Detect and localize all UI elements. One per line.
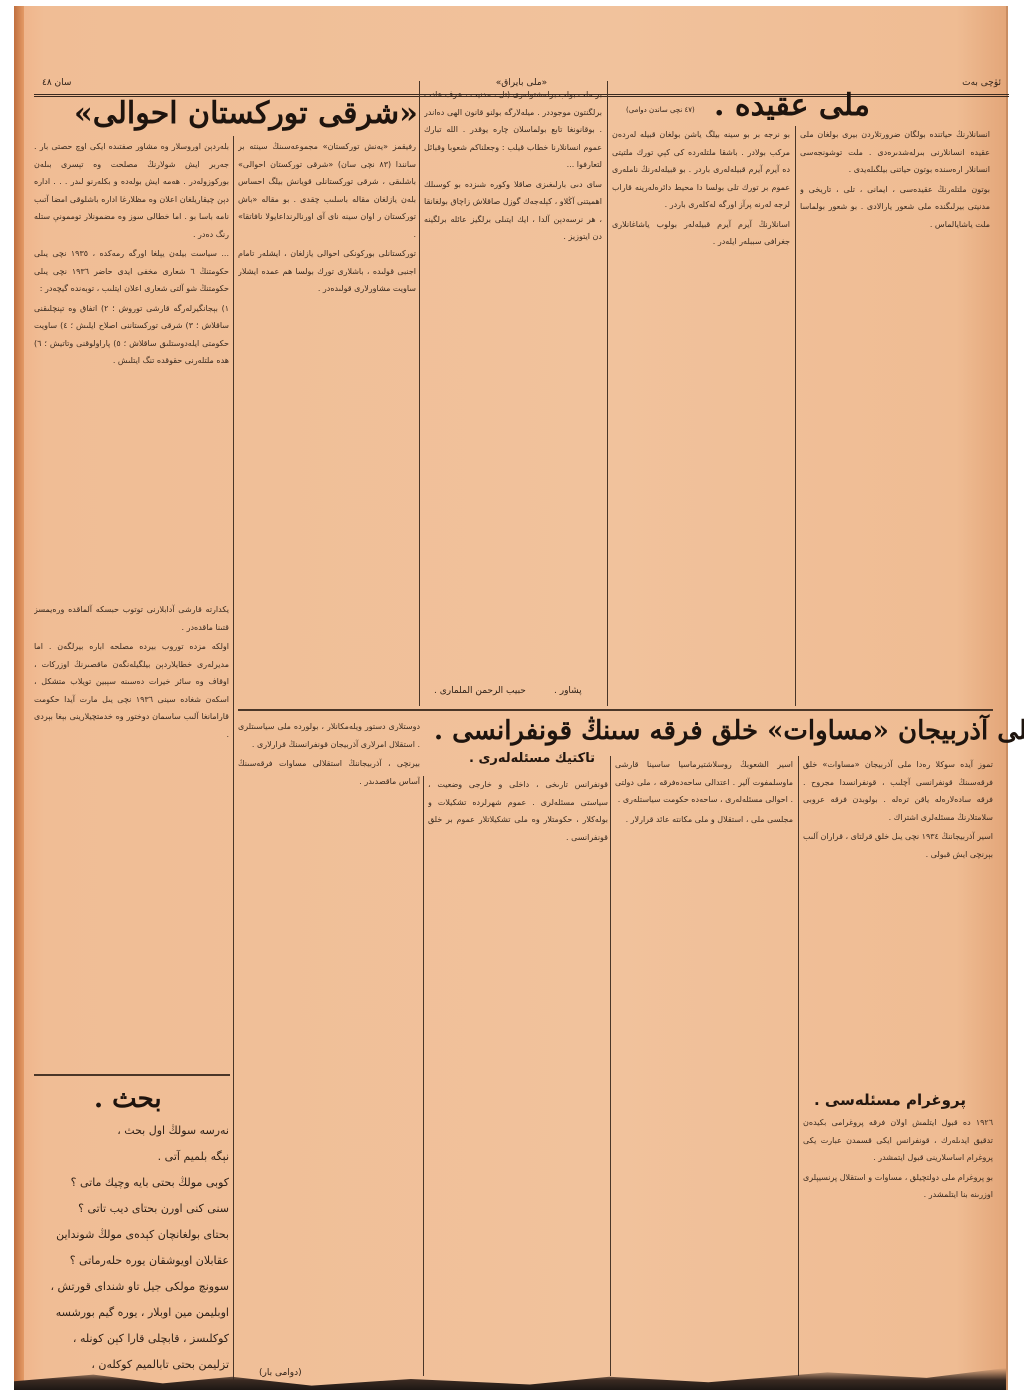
azerbaijan-col-c: قونفرانس تارىخى ، داخلى و خارجى وضعيت ، … [428, 776, 608, 1376]
poem-line: نېگە بلميم آتى . [39, 1144, 229, 1170]
paragraph: ساى دىى بارلىغىزى صاقلا وكوره شىزده بو ك… [424, 176, 602, 246]
paragraph: تموز آيدە سوكلا رەدا ملى آذربيجان «مساوا… [803, 756, 993, 826]
national-creed-col-c: بر ملت بولب برلەشتولەرى (تل ، مدنيت ، عر… [424, 86, 602, 616]
column-divider [233, 136, 234, 1386]
poem-line: كوكلىسز ، قابچلى قارا كېن كونلە ، [39, 1326, 229, 1352]
section-divider [238, 709, 993, 711]
azerbaijan-col-d: دوستلارى دستور ويلەمكانلار ، بولوردە ملى… [238, 718, 420, 1358]
east-turkestan-col-a-lower: يكدارتە قارشى آدابلارنى توتوب حبسكە آلما… [34, 601, 229, 1051]
paragraph: ... سياست بيلەن يېلغا اورگە رمەكدە ، ١٩٣… [34, 245, 229, 298]
paragraph: رفيقمز «يەنش توركستان» مجموعەسىنڭ سينتە … [238, 138, 416, 243]
poem-line: عقابلان اويوشقان يورە حلەرماتى ؟ [39, 1248, 229, 1274]
paragraph: بيرنچى ، آذربيجاننڭ استقلالى مساوات فرقە… [238, 755, 420, 790]
headline-poem: بحث . [94, 1084, 162, 1114]
poem-body: نەرسە سولڭ اول بحث ، نېگە بلميم آتى . كو… [39, 1118, 229, 1378]
paragraph: ١) بېجانگيرلەرگە قارشى توروش ؛ ٢) اتفاق … [34, 300, 229, 370]
headline-east-turkestan: «شرقی توركستان احوالی» [74, 96, 418, 131]
paragraph: ١٩٢٦ دە قبول ايتلمش اولان فرقه پروغرامى … [803, 1114, 993, 1167]
paragraph: توركستانلى بوركونكى احوالى يازلغان ، ايش… [238, 245, 416, 298]
to-be-continued: (دوامى بار) [259, 1368, 302, 1378]
byline: (٤٧ نچى ساندن دوامى) [626, 106, 695, 114]
binding-spine [14, 6, 24, 1390]
page-label: ئۈچى بەت [962, 78, 1001, 88]
east-turkestan-col-a: بلەردېن اوروسلار وە مشاور صفتىدە ايكى او… [34, 138, 229, 593]
signature-name: حبيب الرحمن الملمارى . [434, 686, 526, 696]
poem-line: تزليمن بحتى تابالميم كوكلەن ، [39, 1352, 229, 1378]
poem-divider [34, 1074, 230, 1076]
paragraph: بلەردېن اوروسلار وە مشاور صفتىدە ايكى او… [34, 138, 229, 243]
paragraph: اسير الشعوبڭ روسلاشتيرماسيا ساسينا قارشى… [615, 756, 793, 809]
paragraph: يكدارتە قارشى آدابلارنى توتوب حبسكە آلما… [34, 601, 229, 636]
paragraph: قونفرانس تارىخى ، داخلى و خارجى وضعيت ، … [428, 776, 608, 846]
paragraph: بوتون ملتلەرنڭ عقيدەسى ، ايمانى ، تلى ، … [800, 181, 990, 234]
paragraph: انسانلارنڭ حياتندە بولگان ضرورتلاردن بير… [800, 126, 990, 179]
column-divider [423, 776, 424, 1376]
poem-line: نەرسە سولڭ اول بحث ، [39, 1118, 229, 1144]
paragraph: مجلسى ملى ، استقلال و ملى مكانتە عائد قر… [615, 811, 793, 829]
headline-azerbaijan: ملى آذربیجان «مساوات» خلق فرقه سىنڭ قونف… [434, 716, 1024, 746]
national-creed-col-b: بو نرجە بر بو سينە بيلگ ياشن بولغان قبيل… [612, 126, 790, 706]
column-divider [419, 81, 420, 706]
newspaper-page: ئۈچى بەت «ملى بايراق» سان ٤٨ «شرقی توركس… [14, 6, 1008, 1390]
poem-line: بحتاى بولغانچان كېدەى مولڭ شونداين [39, 1222, 229, 1248]
signature-place: پشاور . [554, 686, 582, 696]
paragraph: دوستلارى دستور ويلەمكانلار ، بولوردە ملى… [238, 718, 420, 753]
subheading-tactics: تاكتيك مسئلەلەرى . [469, 751, 595, 766]
program-col: ١٩٢٦ دە قبول ايتلمش اولان فرقه پروغرامى … [803, 1114, 993, 1374]
column-divider [795, 126, 796, 706]
national-creed-col-a: انسانلارنڭ حياتندە بولگان ضرورتلاردن بير… [800, 126, 990, 701]
azerbaijan-col-a: تموز آيدە سوكلا رەدا ملى آذربيجان «مساوا… [803, 756, 993, 1086]
column-divider [607, 81, 608, 706]
paragraph: بو نرجە بر بو سينە بيلگ ياشن بولغان قبيل… [612, 126, 790, 214]
paragraph: اسير آذربيجاننڭ ١٩٣٤ نچى يىل خلق قرلتاى … [803, 828, 993, 863]
poem-line: سوونچ مولكى جيل تاو شنداى قورتش ، [39, 1274, 229, 1300]
headline-program: پروغرام مسئلەسى . [814, 1091, 966, 1109]
paragraph: بر ملت بولب برلەشتولەرى (تل ، مدنيت ، عر… [424, 86, 602, 174]
poem-line: كوبى مولڭ بحتى بايە وچيك ماتى ؟ [39, 1170, 229, 1196]
issue-number: سان ٤٨ [42, 78, 71, 88]
poem-line: اوبليمن مين اوبلار ، يوره گيم بورشسە [39, 1300, 229, 1326]
poem-line: سنى كنى اورن بحتاى ديب تاتى ؟ [39, 1196, 229, 1222]
column-divider [798, 756, 799, 1376]
azerbaijan-col-b: اسير الشعوبڭ روسلاشتيرماسيا ساسينا قارشى… [615, 756, 793, 1376]
paragraph: بو پروغرام ملى دولتچيلق ، مساوات و استقل… [803, 1169, 993, 1204]
paragraph: اسانلارنڭ آيرم آيرم قبيلەلەر بولوب ياشاغ… [612, 216, 790, 251]
headline-national-creed: ملى عقيدە . [714, 88, 870, 123]
column-divider [610, 756, 611, 1376]
paragraph: اولكە مزدە توروب بيرده مصلحە ابارە بيرلگ… [34, 638, 229, 743]
east-turkestan-col-b: رفيقمز «يەنش توركستان» مجموعەسىنڭ سينتە … [238, 138, 416, 703]
